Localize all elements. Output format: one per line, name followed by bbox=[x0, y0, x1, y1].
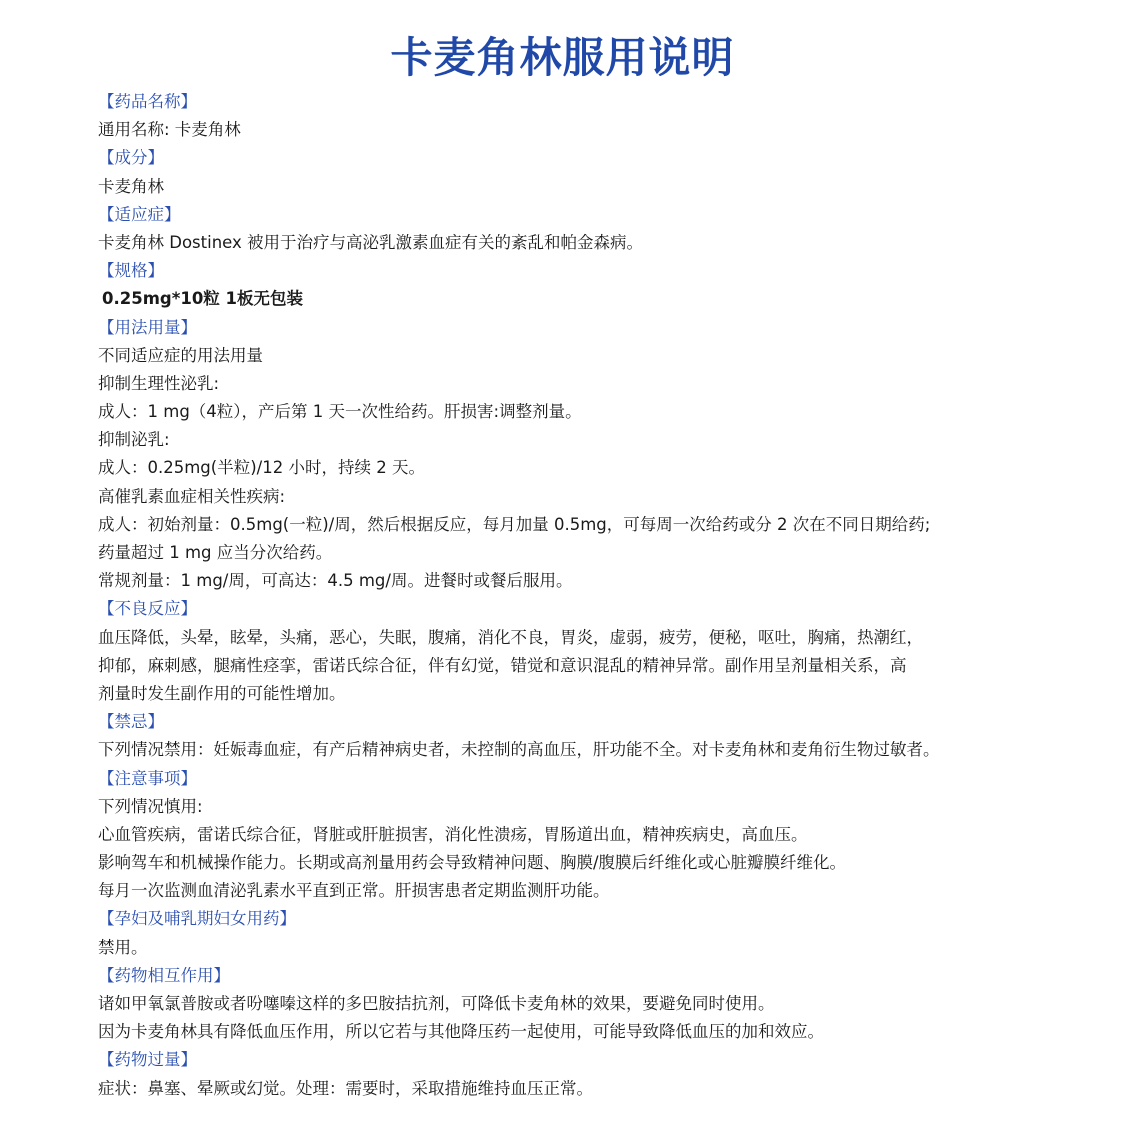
section-text: 因为卡麦角林具有降低血压作用，所以它若与其他降压药一起使用，可能导致降低血压的加… bbox=[98, 1018, 1088, 1046]
section-text: 通用名称: 卡麦角林 bbox=[98, 116, 1088, 144]
section-text: 成人：初始剂量：0.5mg(一粒)/周，然后根据反应，每月加量 0.5mg，可每… bbox=[98, 511, 1088, 539]
section-text: 下列情况慎用: bbox=[98, 793, 1088, 821]
section-text: 成人：0.25mg(半粒)/12 小时，持续 2 天。 bbox=[98, 454, 1088, 482]
section-header-drug-name: 【药品名称】 bbox=[98, 88, 1088, 116]
section-header-adverse-reactions: 【不良反应】 bbox=[98, 595, 1088, 623]
document-body: 【药品名称】 通用名称: 卡麦角林 【成分】 卡麦角林 【适应症】 卡麦角林 D… bbox=[98, 88, 1088, 1103]
section-header-pregnancy: 【孕妇及哺乳期妇女用药】 bbox=[98, 905, 1088, 933]
section-header-dosage: 【用法用量】 bbox=[98, 314, 1088, 342]
section-header-precautions: 【注意事项】 bbox=[98, 765, 1088, 793]
section-header-ingredients: 【成分】 bbox=[98, 144, 1088, 172]
section-text: 卡麦角林 Dostinex 被用于治疗与高泌乳激素血症有关的紊乱和帕金森病。 bbox=[98, 229, 1088, 257]
section-header-contraindications: 【禁忌】 bbox=[98, 708, 1088, 736]
section-text: 0.25mg*10粒 1板无包装 bbox=[98, 285, 1088, 313]
section-text: 药量超过 1 mg 应当分次给药。 bbox=[98, 539, 1088, 567]
section-text: 成人：1 mg（4粒），产后第 1 天一次性给药。肝损害:调整剂量。 bbox=[98, 398, 1088, 426]
section-text: 剂量时发生副作用的可能性增加。 bbox=[98, 680, 1088, 708]
section-text: 心血管疾病，雷诺氏综合征，肾脏或肝脏损害，消化性溃疡，胃肠道出血，精神疾病史，高… bbox=[98, 821, 1088, 849]
section-header-interactions: 【药物相互作用】 bbox=[98, 962, 1088, 990]
section-header-overdose: 【药物过量】 bbox=[98, 1046, 1088, 1074]
section-text: 影响驾车和机械操作能力。长期或高剂量用药会导致精神问题、胸膜/腹膜后纤维化或心脏… bbox=[98, 849, 1088, 877]
section-text: 抑郁，麻刺感，腿痛性痉挛，雷诺氏综合征，伴有幻觉，错觉和意识混乱的精神异常。副作… bbox=[98, 652, 1088, 680]
section-header-specification: 【规格】 bbox=[98, 257, 1088, 285]
section-text: 卡麦角林 bbox=[98, 173, 1088, 201]
section-text: 抑制生理性泌乳: bbox=[98, 370, 1088, 398]
section-text: 抑制泌乳: bbox=[98, 426, 1088, 454]
section-text: 每月一次监测血清泌乳素水平直到正常。肝损害患者定期监测肝功能。 bbox=[98, 877, 1088, 905]
section-text: 血压降低，头晕，眩晕，头痛，恶心，失眠，腹痛，消化不良，胃炎，虚弱，疲劳，便秘，… bbox=[98, 624, 1088, 652]
section-text: 常规剂量：1 mg/周，可高达：4.5 mg/周。进餐时或餐后服用。 bbox=[98, 567, 1088, 595]
section-text: 高催乳素血症相关性疾病: bbox=[98, 483, 1088, 511]
section-text: 禁用。 bbox=[98, 934, 1088, 962]
section-text: 诸如甲氧氯普胺或者吩噻嗪这样的多巴胺拮抗剂，可降低卡麦角林的效果，要避免同时使用… bbox=[98, 990, 1088, 1018]
section-header-indications: 【适应症】 bbox=[98, 201, 1088, 229]
page-title: 卡麦角林服用说明 bbox=[0, 30, 1125, 86]
section-text: 不同适应症的用法用量 bbox=[98, 342, 1088, 370]
section-text: 症状：鼻塞、晕厥或幻觉。处理：需要时，采取措施维持血压正常。 bbox=[98, 1075, 1088, 1103]
section-text: 下列情况禁用：妊娠毒血症，有产后精神病史者，未控制的高血压，肝功能不全。对卡麦角… bbox=[98, 736, 1088, 764]
